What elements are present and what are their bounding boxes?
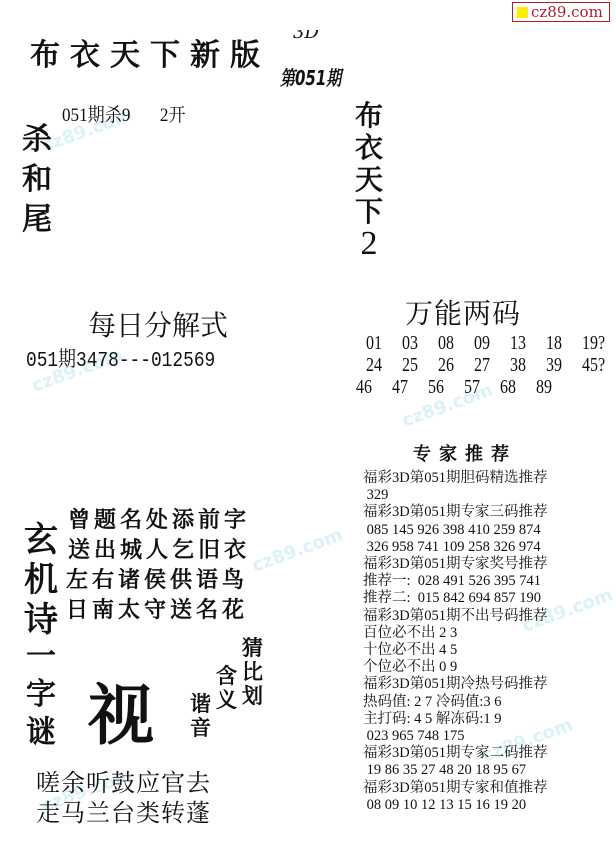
number-cell: 57 [464, 376, 500, 398]
hint-meaning: 含 义 [216, 664, 237, 712]
expert-line: 326 958 741 109 258 326 974 [363, 539, 547, 556]
label-char: 玄 [24, 520, 58, 560]
hint-homophone: 谐 音 [190, 692, 211, 740]
number-cell: 26 [438, 354, 474, 376]
expert-line: 热码值: 2 7 冷码值:3 6 [363, 694, 547, 711]
label-char: 字 [26, 676, 56, 714]
expert-line: 福彩3D第051期胆码精选推荐 [363, 470, 547, 487]
expert-line: 个位必不出 0 9 [363, 659, 547, 676]
lottery-type: 3D [293, 22, 319, 43]
expert-line: 福彩3D第051期专家三码推荐 [363, 504, 547, 521]
mystic-poem-label: 玄 机 诗 [24, 520, 58, 640]
expert-line: 085 145 926 398 410 259 874 [363, 522, 547, 539]
poem-line: 曾题名处添前字 [68, 505, 250, 535]
number-cell: 18 [546, 332, 582, 354]
daily-decomp-title: 每日分解式 [88, 304, 228, 344]
poem-line: 左右诸侯供语鸟 [66, 565, 250, 595]
number-cell: 27 [474, 354, 510, 376]
expert-line: 福彩3D第051期专家和值推荐 [363, 780, 547, 797]
expert-line: 08 09 10 12 13 15 16 19 20 [363, 797, 547, 814]
label-char: 机 [24, 560, 58, 600]
issue-number: 第051期 [280, 62, 341, 91]
riddle-label: 一 字 谜 [26, 638, 56, 752]
expert-line: 十位必不出 4 5 [363, 642, 547, 659]
label-char: 一 [26, 638, 56, 676]
expert-line: 推荐二: 015 842 694 857 190 [363, 590, 547, 607]
mystic-poem-lines: 曾题名处添前字 送出城人乞旧衣 左右诸侯供语鸟 日南太守送名花 [66, 505, 250, 625]
page-title: 布衣天下新版 [30, 30, 270, 74]
hint-char: 音 [190, 716, 211, 740]
expert-list: 福彩3D第051期胆码精选推荐 329 福彩3D第051期专家三码推荐 085 … [363, 470, 547, 814]
expert-line: 推荐一: 028 491 526 395 741 [363, 573, 547, 590]
riddle-char: 视 [88, 662, 154, 757]
daily-decomp-line: 051期3478---012569 [26, 343, 215, 373]
number-cell: 19? [582, 332, 616, 354]
kill-line: 051期杀9 2开 [62, 100, 211, 127]
watermark: cz89.com [249, 524, 345, 576]
expert-line: 主打码: 4 5 解冻码:1 9 [363, 711, 547, 728]
number-cell: 03 [402, 332, 438, 354]
hint-char: 比 [242, 660, 263, 684]
number-cell: 01 [366, 332, 402, 354]
hint-char: 谐 [190, 692, 211, 716]
label-char: 谜 [26, 714, 56, 752]
label-char: 诗 [24, 600, 58, 640]
expert-line: 19 86 35 27 48 20 18 95 67 [363, 762, 547, 779]
poem-line: 嗟余听鼓应官去 [36, 768, 211, 798]
buyi-number: 2 [361, 228, 378, 260]
universal-two-title: 万能两码 [405, 292, 521, 332]
hint-char: 猜 [242, 636, 263, 660]
label-char: 布 [355, 100, 383, 132]
expert-title: 专家推荐 [413, 440, 517, 466]
expert-line: 329 [363, 487, 547, 504]
site-logo[interactable]: cz89.com [512, 2, 610, 22]
hint-guess-stroke: 猜 比 划 [242, 636, 263, 708]
hint-char: 含 [216, 664, 237, 688]
number-cell: 56 [428, 376, 464, 398]
poem-line: 走马兰台类转蓬 [36, 798, 211, 828]
number-cell: 45? [582, 354, 616, 376]
expert-line: 023 965 748 175 [363, 728, 547, 745]
logo-square-icon [517, 7, 528, 18]
label-char: 尾 [22, 200, 52, 240]
number-cell: 08 [438, 332, 474, 354]
number-row: 01 03 08 09 13 18 19? [366, 332, 616, 354]
label-char: 衣 [355, 132, 383, 164]
number-cell: 39 [546, 354, 582, 376]
kill-number: 051期杀9 [62, 105, 130, 126]
poem-line: 送出城人乞旧衣 [68, 535, 250, 565]
number-cell: 47 [392, 376, 428, 398]
kill-sum-tail-label: 杀 和 尾 [22, 120, 52, 240]
expert-line: 福彩3D第051期冷热号码推荐 [363, 676, 547, 693]
expert-line: 福彩3D第051期专家二码推荐 [363, 745, 547, 762]
expert-line: 百位必不出 2 3 [363, 625, 547, 642]
poem-line: 日南太守送名花 [66, 595, 250, 625]
hint-char: 义 [216, 688, 237, 712]
logo-text: cz89.com [531, 3, 603, 21]
number-cell: 89 [536, 376, 572, 398]
number-cell: 09 [474, 332, 510, 354]
label-char: 杀 [22, 120, 52, 160]
universal-two-grid: 01 03 08 09 13 18 19? 24 25 26 27 38 39 … [366, 332, 616, 398]
open-number: 2开 [160, 105, 186, 126]
number-cell: 68 [500, 376, 536, 398]
number-cell: 38 [510, 354, 546, 376]
label-char: 和 [22, 160, 52, 200]
expert-line: 福彩3D第051期不出号码推荐 [363, 608, 547, 625]
label-char: 下 [355, 196, 383, 228]
number-cell: 46 [356, 376, 392, 398]
number-row: 24 25 26 27 38 39 45? [366, 354, 616, 376]
label-char: 天 [355, 164, 383, 196]
hint-char: 划 [242, 684, 263, 708]
number-cell: 13 [510, 332, 546, 354]
closing-poem: 嗟余听鼓应官去 走马兰台类转蓬 [36, 768, 211, 828]
expert-line: 福彩3D第051期专家奖号推荐 [363, 556, 547, 573]
number-row: 46 47 56 57 68 89 [356, 376, 616, 398]
number-cell: 25 [402, 354, 438, 376]
number-cell: 24 [366, 354, 402, 376]
buyi-tianxia-box: 布 衣 天 下 2 [355, 100, 383, 260]
